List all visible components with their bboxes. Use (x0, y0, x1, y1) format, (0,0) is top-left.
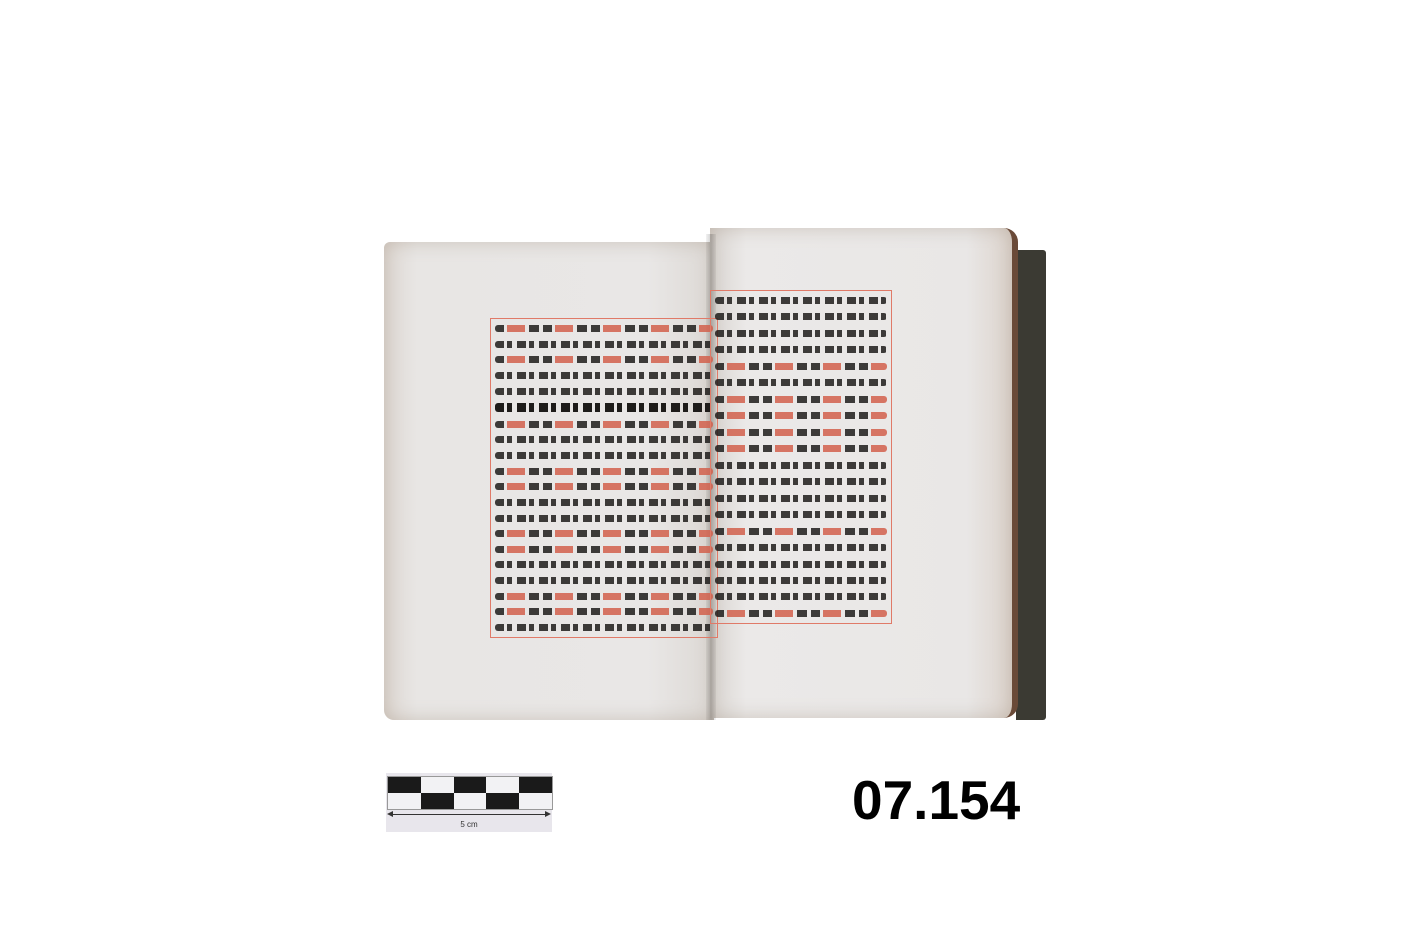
text-line (495, 593, 713, 600)
text-line (715, 478, 887, 485)
text-line (495, 608, 713, 615)
text-line (495, 403, 713, 412)
right-page-text-lines (715, 297, 887, 617)
text-line (715, 528, 887, 535)
text-line (495, 546, 713, 553)
text-line (495, 356, 713, 363)
text-line (495, 499, 713, 506)
right-page-text-frame (710, 290, 892, 624)
double-arrow-icon (389, 814, 549, 815)
left-page-text-frame (490, 318, 718, 638)
text-line (495, 624, 713, 631)
text-line (495, 577, 713, 584)
text-line (715, 511, 887, 518)
text-line (495, 372, 713, 379)
text-line (495, 388, 713, 395)
text-line (715, 297, 887, 304)
text-line (715, 593, 887, 600)
catalog-number: 07.154 (852, 768, 1020, 832)
text-line (715, 610, 887, 617)
text-line (495, 530, 713, 537)
text-line (715, 462, 887, 469)
text-line (495, 421, 713, 428)
text-line (495, 515, 713, 522)
scale-bar: 5 cm (386, 773, 552, 832)
text-line (715, 544, 887, 551)
text-line (715, 346, 887, 353)
text-line (495, 452, 713, 459)
text-line (495, 483, 713, 490)
text-line (495, 341, 713, 348)
text-line (715, 412, 887, 419)
text-line (715, 429, 887, 436)
text-line (715, 577, 887, 584)
text-line (715, 561, 887, 568)
text-line (495, 436, 713, 443)
text-line (715, 379, 887, 386)
text-line (715, 495, 887, 502)
text-line (495, 468, 713, 475)
text-line (495, 325, 713, 332)
left-page-text-lines (495, 325, 713, 631)
scale-label: 5 cm (386, 820, 552, 829)
manuscript-book (380, 228, 1048, 724)
text-line (715, 445, 887, 452)
book-cover (1016, 250, 1046, 720)
text-line (715, 396, 887, 403)
scale-checker-pattern (387, 776, 553, 810)
text-line (715, 313, 887, 320)
text-line (715, 363, 887, 370)
text-line (495, 561, 713, 568)
text-line (715, 330, 887, 337)
